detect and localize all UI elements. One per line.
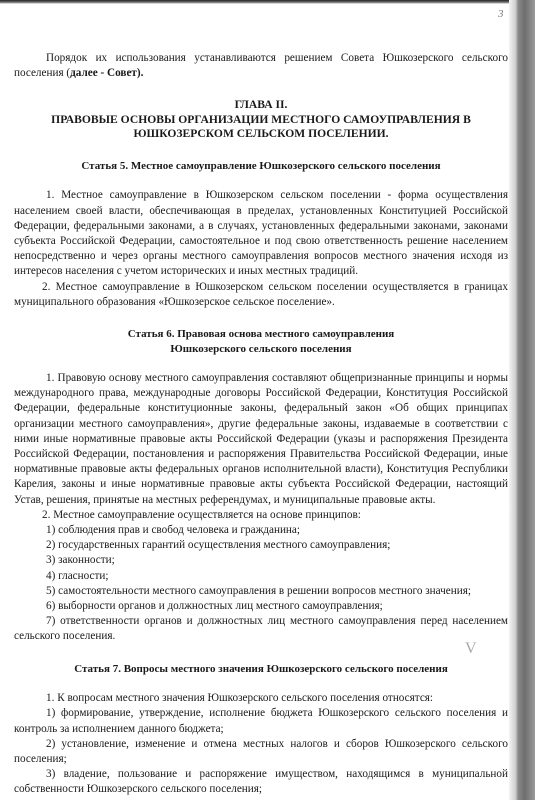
- scan-right-edge: [509, 0, 535, 800]
- article6-title-line2: Юшкозерского сельского поселения: [14, 342, 508, 357]
- principle-item: 4) гласности;: [14, 569, 508, 584]
- principle-item: 6) выборности органов и должностных лиц …: [14, 599, 508, 614]
- local-issue-item: 1) формирование, утверждение, исполнение…: [14, 706, 508, 736]
- chapter-heading: ГЛАВА II. ПРАВОВЫЕ ОСНОВЫ ОРГАНИЗАЦИИ МЕ…: [14, 98, 508, 142]
- principle-item: 3) законности;: [14, 553, 508, 568]
- article5-paragraph2: 2. Местное самоуправление в Юшкозерском …: [14, 280, 508, 310]
- document-page: Порядок их использования устанавливаются…: [14, 0, 508, 798]
- principle-item: 2) государственных гарантий осуществлени…: [14, 538, 508, 553]
- article5-paragraph1: 1. Местное самоуправление в Юшкозерском …: [14, 188, 508, 279]
- chapter-number: ГЛАВА II.: [14, 98, 508, 113]
- article5-title: Статья 5. Местное самоуправление Юшкозер…: [14, 159, 508, 174]
- article6-paragraph1: 1. Правовую основу местного самоуправлен…: [14, 371, 508, 508]
- article6-title-line1: Статья 6. Правовая основа местного самоу…: [14, 327, 508, 342]
- intro-tail: ).: [137, 67, 144, 79]
- chapter-title-line2: ЮШКОЗЕРСКОМ СЕЛЬСКОМ ПОСЕЛЕНИИ.: [14, 127, 508, 142]
- principle-item: 1) соблюдения прав и свобод человека и г…: [14, 523, 508, 538]
- chapter-title-line1: ПРАВОВЫЕ ОСНОВЫ ОРГАНИЗАЦИИ МЕСТНОГО САМ…: [14, 113, 508, 128]
- local-issue-item: 2) установление, изменение и отмена мест…: [14, 737, 508, 767]
- intro-bold-term: далее - Совет: [70, 67, 137, 79]
- principle-item: 7) ответственности органов и должностных…: [14, 614, 508, 644]
- principle-item: 5) самостоятельности местного самоуправл…: [14, 584, 508, 599]
- intro-paragraph: Порядок их использования устанавливаются…: [14, 51, 508, 81]
- local-issue-item: 3) владение, пользование и распоряжение …: [14, 767, 508, 797]
- article7-title: Статья 7. Вопросы местного значения Юшко…: [14, 662, 508, 677]
- article6-heading: Статья 6. Правовая основа местного самоу…: [14, 327, 508, 356]
- article7-paragraph1: 1. К вопросам местного значения Юшкозерс…: [14, 691, 508, 706]
- article6-paragraph2: 2. Местное самоуправление осуществляется…: [14, 508, 508, 523]
